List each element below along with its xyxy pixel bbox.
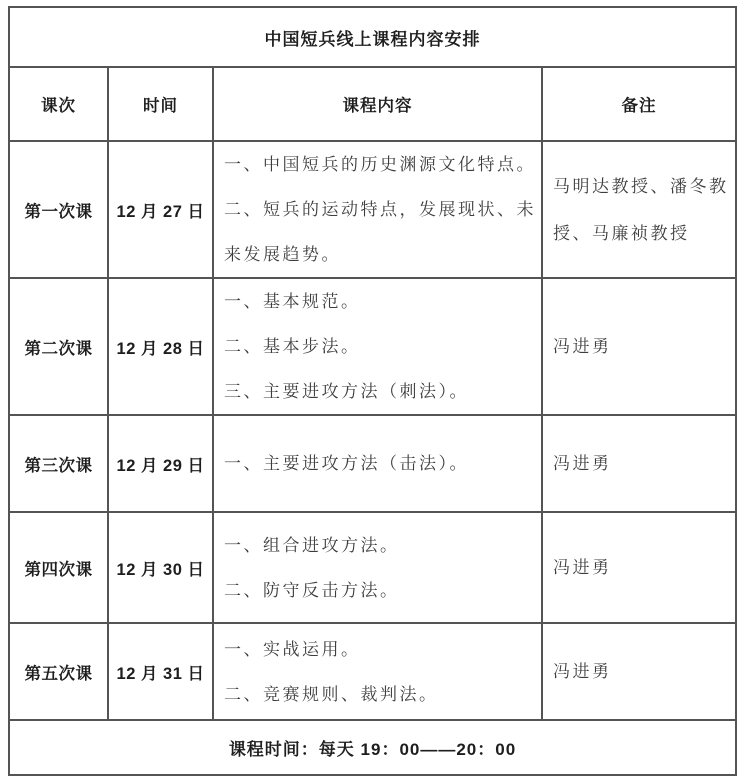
header-remark: 备注 (542, 67, 736, 141)
document-page: 中国短兵线上课程内容安排 课次 时间 课程内容 备注 第一次课 12 月 27 … (0, 0, 743, 781)
lesson-cell: 第二次课 (9, 278, 108, 415)
table-row: 第一次课 12 月 27 日 一、中国短兵的历史渊源文化特点。 二、短兵的运动特… (9, 141, 736, 278)
content-cell: 一、实战运用。 二、竞赛规则、裁判法。 (213, 623, 542, 720)
content-line: 一、中国短兵的历史渊源文化特点。 (224, 142, 537, 187)
content-line: 二、防守反击方法。 (224, 568, 537, 613)
remark-cell: 冯进勇 (542, 278, 736, 415)
date-cell: 12 月 28 日 (108, 278, 213, 415)
header-content: 课程内容 (213, 67, 542, 141)
content-line: 一、基本规范。 (224, 279, 537, 324)
date-cell: 12 月 31 日 (108, 623, 213, 720)
content-line: 二、短兵的运动特点，发展现状、未来发展趋势。 (224, 187, 537, 277)
date-cell: 12 月 29 日 (108, 415, 213, 512)
lesson-cell: 第四次课 (9, 512, 108, 623)
date-cell: 12 月 27 日 (108, 141, 213, 278)
table-row: 第四次课 12 月 30 日 一、组合进攻方法。 二、防守反击方法。 冯进勇 (9, 512, 736, 623)
content-line: 二、竞赛规则、裁判法。 (224, 672, 537, 717)
course-time-note: 课程时间：每天 19：00——20：00 (9, 720, 736, 775)
table-row: 第三次课 12 月 29 日 一、主要进攻方法（击法）。 冯进勇 (9, 415, 736, 512)
content-cell: 一、主要进攻方法（击法）。 (213, 415, 542, 512)
table-row: 第五次课 12 月 31 日 一、实战运用。 二、竞赛规则、裁判法。 冯进勇 (9, 623, 736, 720)
content-line: 二、基本步法。 (224, 324, 537, 369)
header-time: 时间 (108, 67, 213, 141)
content-line: 三、主要进攻方法（刺法）。 (224, 369, 537, 414)
header-row: 课次 时间 课程内容 备注 (9, 67, 736, 141)
content-cell: 一、组合进攻方法。 二、防守反击方法。 (213, 512, 542, 623)
content-line: 一、组合进攻方法。 (224, 523, 537, 568)
remark-cell: 冯进勇 (542, 415, 736, 512)
content-cell: 一、基本规范。 二、基本步法。 三、主要进攻方法（刺法）。 (213, 278, 542, 415)
course-schedule-table: 中国短兵线上课程内容安排 课次 时间 课程内容 备注 第一次课 12 月 27 … (8, 6, 737, 776)
date-cell: 12 月 30 日 (108, 512, 213, 623)
title-row: 中国短兵线上课程内容安排 (9, 7, 736, 67)
footer-row: 课程时间：每天 19：00——20：00 (9, 720, 736, 775)
content-line: 一、实战运用。 (224, 627, 537, 672)
remark-cell: 马明达教授、潘冬教授、马廉祯教授 (542, 141, 736, 278)
table-title: 中国短兵线上课程内容安排 (9, 7, 736, 67)
content-cell: 一、中国短兵的历史渊源文化特点。 二、短兵的运动特点，发展现状、未来发展趋势。 (213, 141, 542, 278)
lesson-cell: 第三次课 (9, 415, 108, 512)
remark-cell: 冯进勇 (542, 512, 736, 623)
remark-cell: 冯进勇 (542, 623, 736, 720)
table-row: 第二次课 12 月 28 日 一、基本规范。 二、基本步法。 三、主要进攻方法（… (9, 278, 736, 415)
lesson-cell: 第一次课 (9, 141, 108, 278)
lesson-cell: 第五次课 (9, 623, 108, 720)
header-lesson: 课次 (9, 67, 108, 141)
content-line: 一、主要进攻方法（击法）。 (224, 441, 537, 486)
